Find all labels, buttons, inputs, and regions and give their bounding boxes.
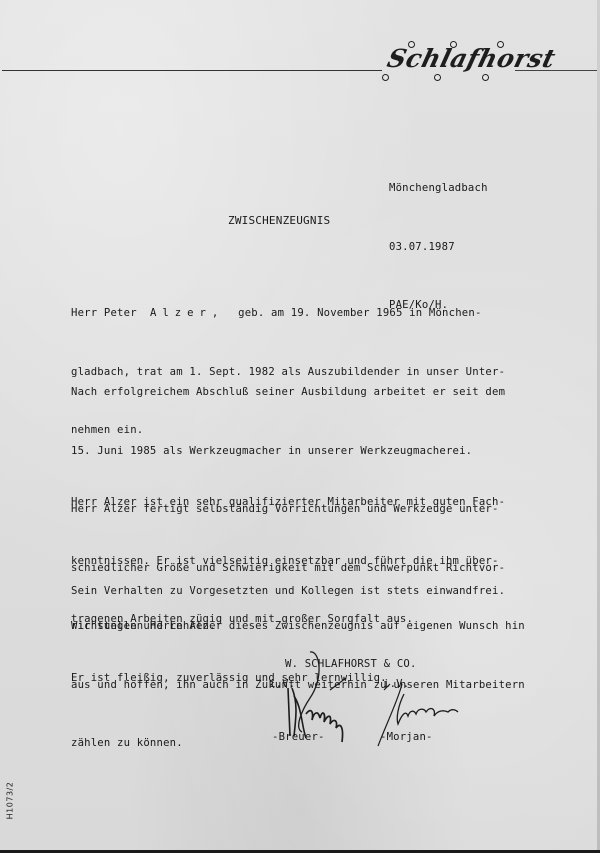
logo-ornament-icon (497, 41, 504, 48)
letterhead-rule-right (515, 70, 597, 71)
letterhead-rule-left (2, 70, 382, 71)
date: 03.07.1987 (389, 238, 488, 258)
company-logo-text: Schlafhorst (384, 44, 558, 73)
paragraph-line: Nach erfolgreichem Abschluß seiner Ausbi… (71, 383, 541, 403)
paragraph-line: Herr Peter Alzer, geb. am 19. November 1… (71, 304, 541, 324)
logo-ornament-icon (408, 41, 415, 48)
form-code: H1073/2 (6, 781, 15, 821)
logo-ornament-icon (450, 41, 457, 48)
employee-surname: Alzer (150, 307, 212, 319)
birth-info: , geb. am 19. November 1965 in Mönchen- (212, 307, 482, 319)
signatory-name: -Breuer- (272, 728, 325, 748)
logo-ornament-icon (382, 74, 389, 81)
paragraph-line: Wir stellen Herrn Alzer dieses Zwischenz… (71, 617, 541, 637)
company-logo: Schlafhorst (382, 38, 514, 82)
salutation: Herr Peter (71, 307, 150, 319)
signatory-name: -Morjan- (380, 728, 433, 748)
paragraph-line: Herr Alzer ist ein sehr qualifizierter M… (71, 493, 541, 513)
logo-ornament-icon (482, 74, 489, 81)
city: Mönchengladbach (389, 179, 488, 199)
logo-ornament-icon (434, 74, 441, 81)
document-title: ZWISCHENZEUGNIS (228, 211, 330, 231)
